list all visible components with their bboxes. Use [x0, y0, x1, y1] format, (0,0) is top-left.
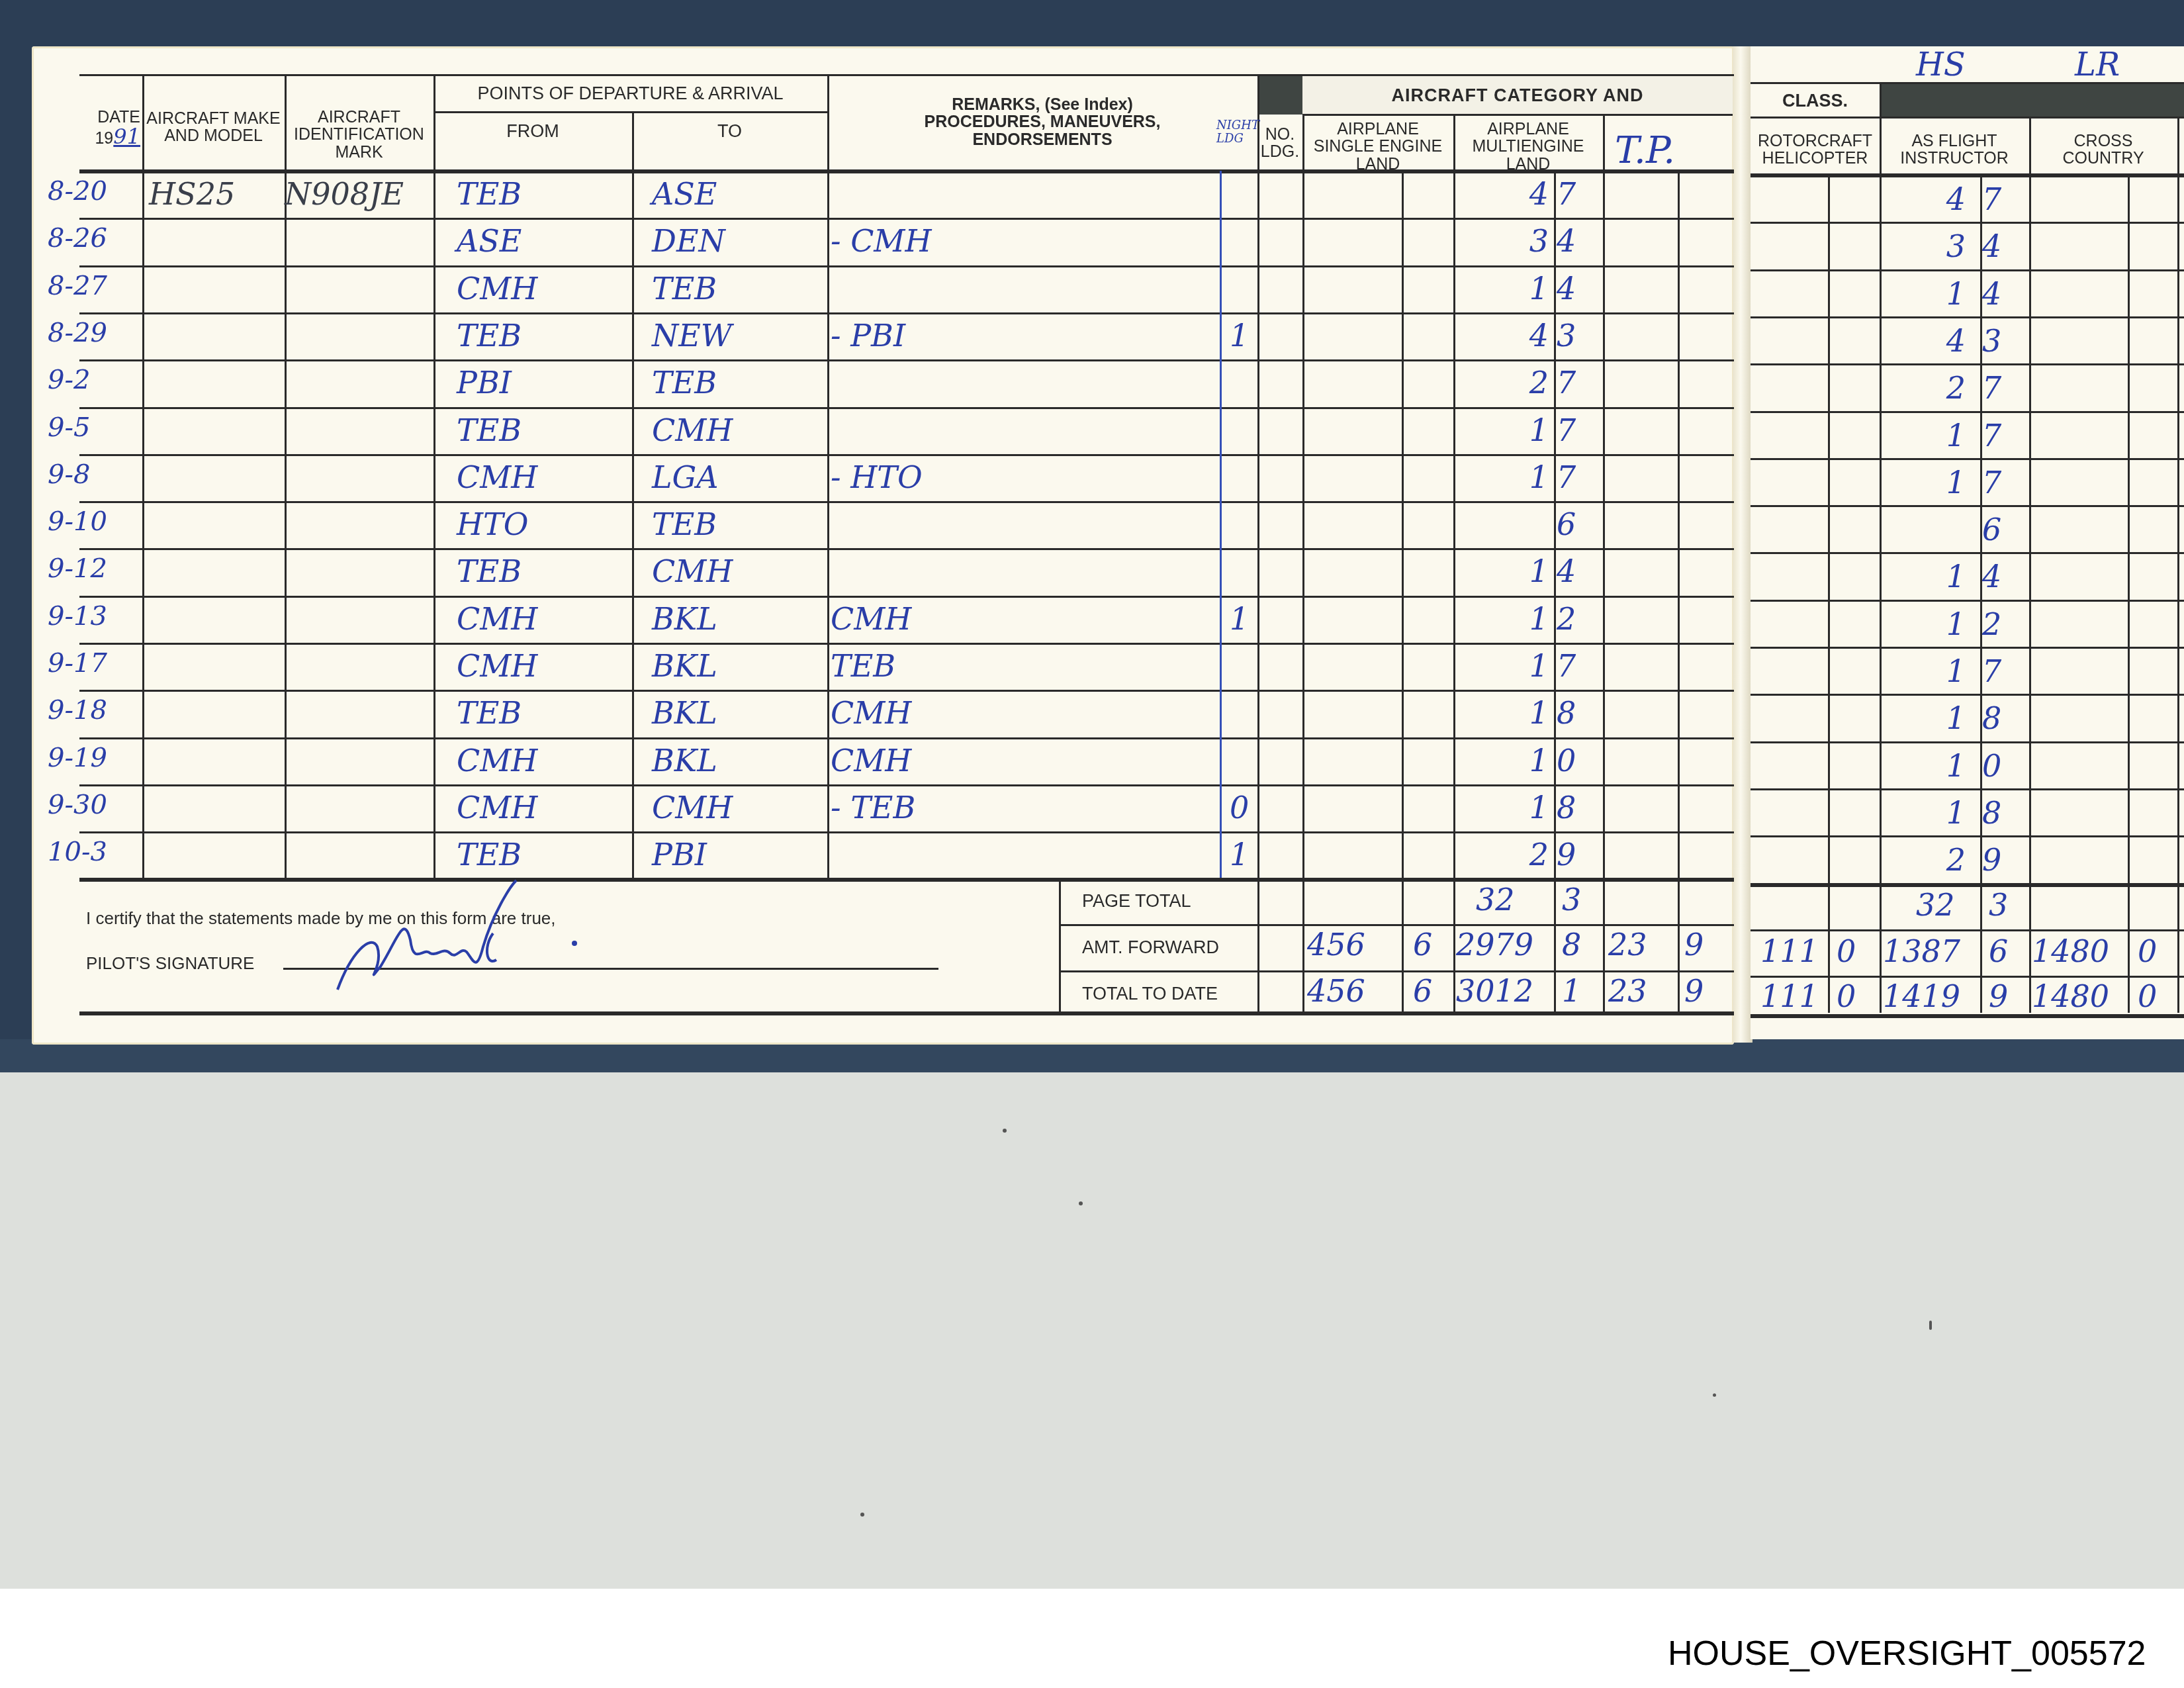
row-rule-right: [1751, 741, 2184, 743]
amt-forward-me-hr: 2979: [1456, 927, 1533, 962]
entry-flight-instructor-hours: 2: [1926, 370, 1966, 406]
entry-date: 9-18: [48, 695, 107, 726]
header-tp-handwritten: T.P.: [1615, 129, 1675, 172]
entry-from: TEB: [457, 837, 522, 872]
entry-to: ASE: [652, 176, 717, 212]
header-dark-band-right: [1880, 83, 2184, 117]
entry-night-ldg: 1: [1230, 837, 1249, 872]
header-aircraft-make: AIRCRAFT MAKEAND MODEL: [142, 110, 285, 145]
entry-date: 10-3: [48, 837, 107, 867]
header-no-ldg: NO.LDG.: [1257, 126, 1302, 161]
entry-date: 8-26: [48, 223, 107, 254]
entry-from: PBI: [457, 365, 512, 400]
book-gutter: [1733, 46, 1752, 1043]
entry-date: 8-27: [48, 271, 107, 301]
right-totals-top-rule: [1751, 883, 2184, 887]
entry-remarks: CMH: [831, 695, 911, 731]
col-line-me-split: [1554, 169, 1556, 1013]
entry-to: PBI: [652, 837, 707, 872]
col-line-cc: [2177, 117, 2179, 1013]
scan-speck: [1003, 1129, 1007, 1133]
entry-night-ldg: 0: [1230, 790, 1249, 825]
entry-multiengine-hours: 1: [1509, 743, 1549, 778]
entry-flight-instructor-tenths: 6: [1982, 512, 2001, 547]
entry-to: TEB: [652, 365, 717, 400]
row-rule: [79, 831, 1734, 833]
total-to-date-me-tenth: 1: [1562, 973, 1581, 1009]
total-to-date-se-tenth: 6: [1413, 973, 1432, 1009]
col-line-date: [142, 74, 144, 879]
row-rule: [79, 548, 1734, 550]
row-rule: [79, 690, 1734, 692]
amt-forward-se-tenth: 6: [1413, 927, 1432, 962]
entry-flight-instructor-tenths: 4: [1982, 276, 2001, 312]
entry-to: LGA: [652, 459, 719, 495]
entry-flight-instructor-hours: 1: [1926, 795, 1966, 831]
entry-to: NEW: [652, 318, 732, 353]
col-line-tp-split: [1678, 169, 1680, 1013]
year-handwritten: 91: [113, 124, 140, 149]
entry-date: 8-20: [48, 176, 107, 207]
header-rotorcraft: ROTORCRAFTHELICOPTER: [1751, 132, 1880, 167]
signature-label: PILOT'S SIGNATURE: [86, 953, 254, 974]
col-line-totals-label: [1059, 879, 1061, 1013]
entry-from: CMH: [457, 271, 537, 306]
header-to: TO: [632, 122, 827, 140]
row-rule-right: [1751, 788, 2184, 790]
entry-from: HTO: [457, 506, 529, 542]
entry-flight-instructor-hours: 1: [1926, 465, 1966, 500]
scan-speck: [860, 1513, 864, 1517]
amt-forward-rotor-tenth: 0: [1837, 933, 1856, 969]
entry-flight-instructor-hours: 1: [1926, 276, 1966, 312]
entry-multiengine-hours: 1: [1509, 271, 1549, 306]
row-rule-right: [1751, 600, 2184, 602]
row-rule: [79, 359, 1734, 361]
header-aircraft-ident: AIRCRAFTIDENTIFICATIONMARK: [285, 109, 433, 161]
entry-flight-instructor-hours: 1: [1926, 606, 1966, 642]
entry-flight-instructor-tenths: 4: [1982, 228, 2001, 264]
right-subheader-rule: [1751, 117, 2184, 118]
row-rule-right: [1751, 505, 2184, 507]
entry-multiengine-tenths: 9: [1557, 837, 1576, 872]
entry-multiengine-tenths: 7: [1557, 459, 1576, 495]
entry-multiengine-tenths: 6: [1557, 506, 1576, 542]
totals-rule-2: [1059, 970, 1734, 972]
entry-from: TEB: [457, 412, 522, 448]
entry-to: CMH: [652, 412, 733, 448]
page-total-fi-hr: 32: [1916, 887, 1955, 923]
entry-date: 9-8: [48, 459, 90, 490]
total-to-date-cc-hr: 1480: [2032, 978, 2109, 1014]
col-line-to: [827, 74, 829, 879]
col-line-ident: [433, 74, 435, 879]
row-rule: [79, 501, 1734, 503]
col-line-from: [632, 111, 634, 879]
header-cross-country: CROSSCOUNTRY: [2029, 132, 2177, 167]
header-multiengine: AIRPLANEMULTIENGINELAND: [1453, 120, 1603, 173]
night-ldg-handwritten-line: [1220, 171, 1222, 879]
entry-flight-instructor-tenths: 2: [1982, 606, 2001, 642]
entry-to: TEB: [652, 506, 717, 542]
total-to-date-se-hr: 456: [1307, 973, 1365, 1009]
entry-remarks: - TEB: [831, 790, 915, 825]
entry-multiengine-tenths: 8: [1557, 790, 1576, 825]
total-to-date-rotor-hr: 111: [1760, 978, 1819, 1014]
entry-flight-instructor-tenths: 4: [1982, 559, 2001, 594]
row-rule-right: [1751, 552, 2184, 554]
row-rule: [79, 218, 1734, 220]
entry-date: 9-10: [48, 506, 107, 537]
scan-speck: [1079, 1201, 1083, 1205]
row-rule: [79, 454, 1734, 456]
entry-flight-instructor-hours: 4: [1926, 181, 1966, 217]
entry-multiengine-hours: 2: [1509, 837, 1549, 872]
entry-multiengine-tenths: 4: [1557, 271, 1576, 306]
entry-multiengine-hours: 1: [1509, 695, 1549, 731]
total-to-date-tp-hr: 23: [1608, 973, 1647, 1009]
row-rule-right: [1751, 411, 2184, 413]
entry-to: DEN: [652, 223, 725, 259]
page-total-me-tenth: 3: [1562, 882, 1581, 917]
entry-flight-instructor-tenths: 9: [1982, 842, 2001, 878]
entry-night-ldg: 1: [1230, 318, 1249, 353]
total-to-date-tp-tenth: 9: [1684, 973, 1704, 1009]
row-rule-right: [1751, 269, 2184, 271]
amt-forward-label: AMT. FORWARD: [1082, 937, 1219, 958]
entry-from: CMH: [457, 743, 537, 778]
header-category: AIRCRAFT CATEGORY AND: [1302, 86, 1733, 105]
entry-to: BKL: [652, 601, 717, 637]
right-totals-rule-1: [1751, 929, 2184, 931]
col-line-se-split: [1402, 169, 1404, 1013]
entry-multiengine-tenths: 0: [1557, 743, 1576, 778]
page-total-fi-tenth: 3: [1989, 887, 2008, 923]
entry-multiengine-tenths: 7: [1557, 412, 1576, 448]
header-date: DATE 1991: [81, 109, 140, 148]
entry-flight-instructor-tenths: 7: [1982, 465, 2001, 500]
entry-flight-instructor-tenths: 7: [1982, 181, 2001, 217]
entry-multiengine-hours: 1: [1509, 553, 1549, 589]
entry-remarks: - HTO: [831, 459, 923, 495]
entry-from: ASE: [457, 223, 522, 259]
row-rule: [79, 596, 1734, 598]
amt-forward-cc-tenth: 0: [2138, 933, 2157, 969]
totals-bottom-rule: [79, 1011, 1734, 1015]
row-rule-right: [1751, 222, 2184, 224]
entry-multiengine-hours: 1: [1509, 412, 1549, 448]
col-line-remarks: [1257, 74, 1259, 1013]
entry-from: CMH: [457, 648, 537, 684]
row-rule: [79, 265, 1734, 267]
right-header-bottom-rule: [1751, 173, 2184, 177]
amt-forward-rotor-hr: 111: [1760, 933, 1819, 969]
entry-aircraft-make: HS25: [149, 176, 235, 212]
pilot-signature: [324, 874, 602, 1000]
right-totals-bottom-rule: [1751, 1014, 2184, 1018]
entry-flight-instructor-hours: 1: [1926, 700, 1966, 736]
total-to-date-label: TOTAL TO DATE: [1082, 984, 1218, 1004]
row-rule: [79, 643, 1734, 645]
header-dark-band-left: [1257, 76, 1302, 115]
entry-multiengine-tenths: 7: [1557, 648, 1576, 684]
entry-date: 9-12: [48, 553, 107, 584]
scan-speck: [1713, 1393, 1716, 1397]
entry-night-ldg: 1: [1230, 601, 1249, 637]
col-line-fi: [2029, 117, 2031, 1013]
entry-aircraft-ident: N908JE: [285, 176, 404, 212]
right-totals-rule-2: [1751, 976, 2184, 978]
entry-multiengine-tenths: 7: [1557, 365, 1576, 400]
entry-flight-instructor-hours: 3: [1926, 228, 1966, 264]
col-line-rotor: [1880, 82, 1882, 1013]
row-rule-right: [1751, 458, 2184, 460]
entry-multiengine-tenths: 4: [1557, 223, 1576, 259]
entry-from: CMH: [457, 790, 537, 825]
entry-to: BKL: [652, 743, 717, 778]
right-header-hw-lr: LR: [2075, 46, 2120, 83]
entry-from: TEB: [457, 695, 522, 731]
totals-rule-1: [1059, 924, 1734, 926]
points-subheader-rule: [433, 111, 827, 113]
entry-from: TEB: [457, 318, 522, 353]
amt-forward-me-tenth: 8: [1562, 927, 1581, 962]
entry-multiengine-hours: 3: [1509, 223, 1549, 259]
amt-forward-cc-hr: 1480: [2032, 933, 2109, 969]
entry-date: 8-29: [48, 318, 107, 348]
header-single-engine: AIRPLANESINGLE ENGINELAND: [1302, 120, 1453, 173]
entry-from: TEB: [457, 553, 522, 589]
entry-flight-instructor-tenths: 7: [1982, 370, 2001, 406]
entry-from: CMH: [457, 459, 537, 495]
entry-remarks: - PBI: [831, 318, 905, 353]
entry-from: CMH: [457, 601, 537, 637]
row-rule-right: [1751, 316, 2184, 318]
entry-date: 9-19: [48, 743, 107, 773]
row-rule: [79, 784, 1734, 786]
total-to-date-rotor-tenth: 0: [1837, 978, 1856, 1014]
table-top-rule: [79, 74, 1734, 76]
entry-flight-instructor-hours: 1: [1926, 559, 1966, 594]
entry-multiengine-tenths: 7: [1557, 176, 1576, 212]
entry-multiengine-hours: 2: [1509, 365, 1549, 400]
row-rule-right: [1751, 363, 2184, 365]
header-remarks: REMARKS, (See Index)PROCEDURES, MANEUVER…: [827, 96, 1257, 148]
entry-flight-instructor-hours: 1: [1926, 418, 1966, 453]
entry-to: CMH: [652, 790, 733, 825]
entry-to: BKL: [652, 648, 717, 684]
entry-flight-instructor-tenths: 0: [1982, 748, 2001, 784]
entry-remarks: CMH: [831, 743, 911, 778]
row-rule-right: [1751, 835, 2184, 837]
entry-multiengine-hours: 4: [1509, 318, 1549, 353]
entry-flight-instructor-tenths: 7: [1982, 653, 2001, 689]
entry-to: BKL: [652, 695, 717, 731]
entry-remarks: CMH: [831, 601, 911, 637]
header-flight-instructor: AS FLIGHTINSTRUCTOR: [1880, 132, 2029, 167]
page-total-me-hr: 32: [1476, 882, 1515, 917]
scan-background: [0, 1059, 2184, 1589]
entry-multiengine-hours: 4: [1509, 176, 1549, 212]
row-rule-right: [1751, 694, 2184, 696]
entry-multiengine-hours: 1: [1509, 790, 1549, 825]
amt-forward-fi-hr: 1387: [1883, 933, 1960, 969]
row-rule-right: [1751, 647, 2184, 649]
entry-flight-instructor-tenths: 3: [1982, 323, 2001, 359]
entry-date: 9-17: [48, 648, 107, 679]
night-ldg-handwritten-header: NIGHT LDG: [1216, 119, 1256, 146]
header-class: CLASS.: [1751, 91, 1880, 110]
amt-forward-tp-hr: 23: [1608, 927, 1647, 962]
entry-multiengine-tenths: 2: [1557, 601, 1576, 637]
right-header-hw-hs: HS: [1916, 46, 1966, 83]
row-rule: [79, 737, 1734, 739]
entry-flight-instructor-tenths: 8: [1982, 795, 2001, 831]
row-rule: [79, 407, 1734, 409]
entry-flight-instructor-hours: 2: [1926, 842, 1966, 878]
amt-forward-se-hr: 456: [1307, 927, 1365, 962]
header-from: FROM: [433, 122, 632, 140]
entry-multiengine-hours: 1: [1509, 648, 1549, 684]
header-points: POINTS OF DEPARTURE & ARRIVAL: [433, 84, 827, 103]
total-to-date-fi-hr: 1419: [1883, 978, 1960, 1014]
amt-forward-tp-tenth: 9: [1684, 927, 1704, 962]
entry-multiengine-tenths: 8: [1557, 695, 1576, 731]
entry-remarks: TEB: [831, 648, 895, 684]
page-total-label: PAGE TOTAL: [1082, 891, 1191, 912]
entry-date: 9-13: [48, 601, 107, 632]
entry-multiengine-hours: 1: [1509, 601, 1549, 637]
entry-multiengine-hours: 1: [1509, 459, 1549, 495]
total-to-date-me-hr: 3012: [1456, 973, 1533, 1009]
entry-date: 9-30: [48, 790, 107, 820]
category-subheader-rule: [1302, 114, 1733, 116]
entry-flight-instructor-tenths: 7: [1982, 418, 2001, 453]
scan-speck: [1929, 1321, 1932, 1330]
amt-forward-fi-tenth: 6: [1989, 933, 2008, 969]
entry-date: 9-5: [48, 412, 90, 443]
entry-flight-instructor-hours: 4: [1926, 323, 1966, 359]
entry-flight-instructor-hours: 1: [1926, 653, 1966, 689]
document-id-label: HOUSE_OVERSIGHT_005572: [1668, 1634, 2146, 1673]
entry-flight-instructor-tenths: 8: [1982, 700, 2001, 736]
right-page: [1751, 46, 2184, 1039]
total-to-date-cc-tenth: 0: [2138, 978, 2157, 1014]
entry-multiengine-tenths: 3: [1557, 318, 1576, 353]
entry-to: TEB: [652, 271, 717, 306]
total-to-date-fi-tenth: 9: [1989, 978, 2008, 1014]
row-rule: [79, 312, 1734, 314]
entry-date: 9-2: [48, 365, 90, 395]
entry-to: CMH: [652, 553, 733, 589]
entry-remarks: - CMH: [831, 223, 932, 259]
entry-flight-instructor-hours: 1: [1926, 748, 1966, 784]
entry-multiengine-tenths: 4: [1557, 553, 1576, 589]
entry-from: TEB: [457, 176, 522, 212]
